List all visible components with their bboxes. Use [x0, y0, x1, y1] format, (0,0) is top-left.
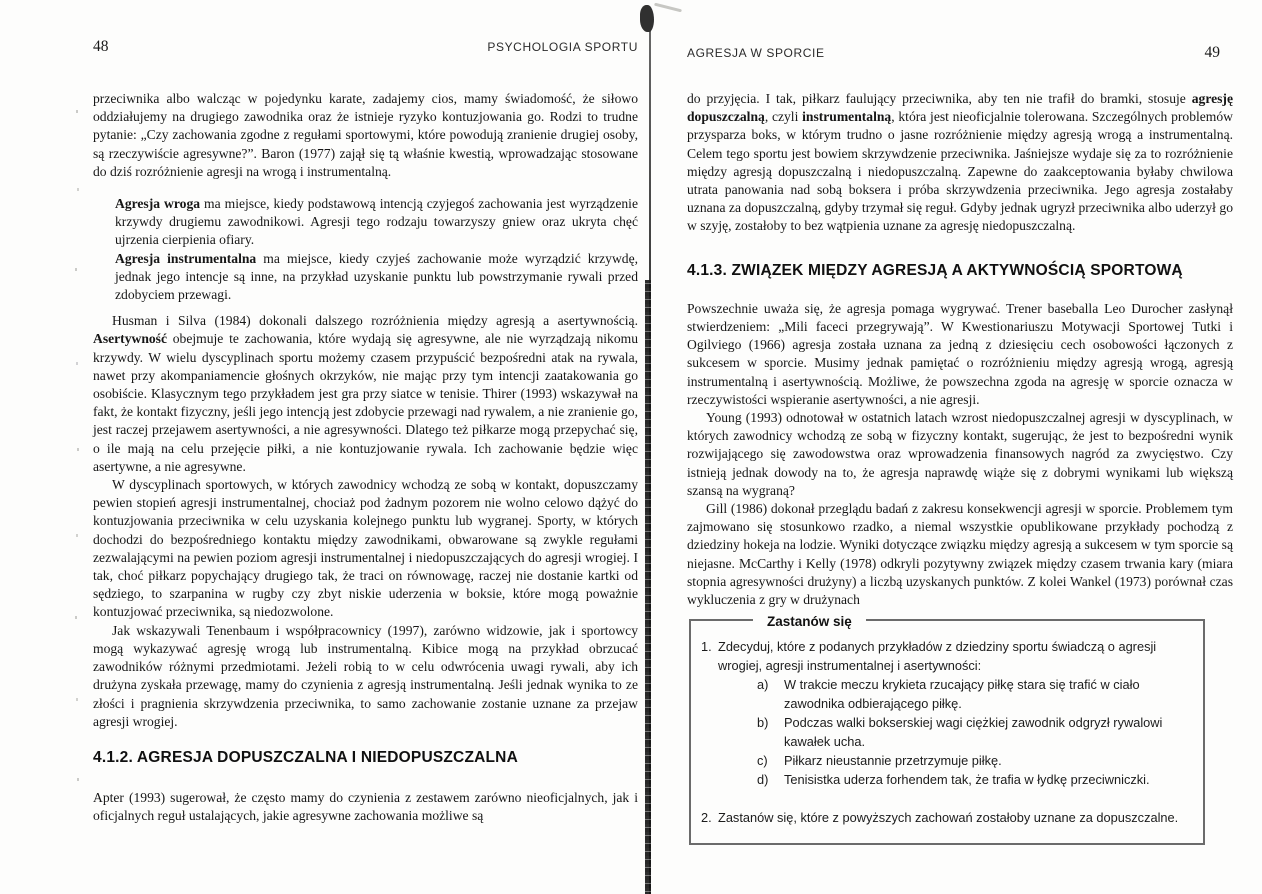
section-heading-413: 4.1.3. ZWIĄZEK MIĘDZY AGRESJĄ A AKTYWNOŚ…: [687, 262, 1233, 280]
question-1-number: 1.: [701, 637, 718, 675]
scan-smudge: [654, 3, 682, 13]
section-heading-412: 4.1.2. AGRESJA DOPUSZCZALNA I NIEDOPUSZC…: [93, 749, 638, 767]
think-box-option: a)W trakcie meczu krykieta rzucający pił…: [757, 675, 1189, 713]
option-label: c): [757, 751, 784, 770]
option-text: Piłkarz nieustannie przetrzymuje piłkę.: [784, 751, 1002, 770]
option-label: d): [757, 770, 784, 789]
gutter-ink-smudge: [640, 5, 654, 32]
right-page-number: 49: [1205, 44, 1221, 62]
question-2-number: 2.: [701, 808, 718, 827]
option-label: a): [757, 675, 784, 713]
think-box-question-2: 2. Zastanów się, które z powyższych zach…: [701, 808, 1189, 827]
paragraph-spectators: Jak wskazywali Tenenbaum i współpracowni…: [93, 622, 638, 731]
question-2-text: Zastanów się, które z powyższych zachowa…: [718, 808, 1178, 827]
right-running-head: AGRESJA W SPORCIE: [687, 46, 825, 60]
definition-instrumental-aggression: Agresja instrumentalna ma miejsce, kiedy…: [115, 250, 638, 305]
definition-hostile-aggression: Agresja wroga ma miejsce, kiedy podstawo…: [115, 195, 638, 250]
paragraph-contact-sports: W dyscyplinach sportowych, w których zaw…: [93, 476, 638, 622]
question-1-text: Zdecyduj, które z podanych przykładów z …: [718, 637, 1189, 675]
book-scan-spread: 48 PSYCHOLOGIA SPORTU przeciwnika albo w…: [0, 0, 1262, 894]
left-page-number: 48: [93, 38, 109, 56]
think-box: Zastanów się 1. Zdecyduj, które z podany…: [689, 619, 1205, 845]
paragraph-gill: Gill (1986) dokonał przeglądu badań z za…: [687, 500, 1233, 609]
paragraph-apter: Apter (1993) sugerował, że często mamy d…: [93, 789, 638, 825]
right-page-body: do przyjęcia. I tak, piłkarz faulujący p…: [687, 90, 1233, 845]
book-gutter-shadow: [645, 280, 651, 894]
think-box-option: c)Piłkarz nieustannie przetrzymuje piłkę…: [757, 751, 1189, 770]
option-text: W trakcie meczu krykieta rzucający piłkę…: [784, 675, 1189, 713]
think-box-option: b)Podczas walki bokserskiej wagi ciężkie…: [757, 713, 1189, 751]
left-page-header: 48 PSYCHOLOGIA SPORTU: [93, 38, 638, 56]
option-text: Podczas walki bokserskiej wagi ciężkiej …: [784, 713, 1189, 751]
right-page-header: AGRESJA W SPORCIE 49: [687, 44, 1220, 62]
left-running-head: PSYCHOLOGIA SPORTU: [487, 40, 638, 54]
think-box-title: Zastanów się: [753, 612, 866, 631]
paragraph-durocher: Powszechnie uważa się, że agresja pomaga…: [687, 300, 1233, 409]
scan-noise-specks: [76, 110, 78, 113]
definitions-block: Agresja wroga ma miejsce, kiedy podstawo…: [115, 195, 638, 304]
paragraph-assertiveness: Husman i Silva (1984) dokonali dalszego …: [93, 312, 638, 476]
option-label: b): [757, 713, 784, 751]
option-text: Tenisistka uderza forhendem tak, że traf…: [784, 770, 1150, 789]
think-box-question-1: 1. Zdecyduj, które z podanych przykładów…: [701, 637, 1189, 675]
paragraph-young: Young (1993) odnotował w ostatnich latac…: [687, 409, 1233, 500]
think-box-option: d)Tenisistka uderza forhendem tak, że tr…: [757, 770, 1189, 789]
paragraph-permissible-aggression: do przyjęcia. I tak, piłkarz faulujący p…: [687, 90, 1233, 236]
paragraph-continuation: przeciwnika albo walcząc w pojedynku kar…: [93, 90, 638, 181]
think-box-options: a)W trakcie meczu krykieta rzucający pił…: [757, 675, 1189, 789]
left-page-body: przeciwnika albo walcząc w pojedynku kar…: [93, 90, 638, 826]
